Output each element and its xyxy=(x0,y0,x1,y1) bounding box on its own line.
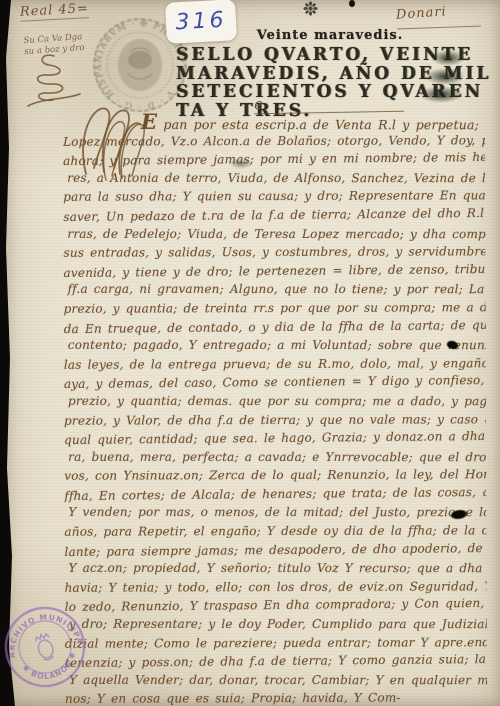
manuscript-line: contento; pagado, Y entregado; a mi Volu… xyxy=(64,336,486,355)
archive-stamp-emblem-icon xyxy=(34,632,55,661)
stamp-flourish: e xyxy=(254,93,404,115)
manuscript-line: ra, buena, mera, perfecta; a cavada; e Y… xyxy=(64,448,486,467)
manuscript-line: sus entradas, y salidas, Usos, y costumb… xyxy=(63,242,485,262)
ink-smudge xyxy=(419,86,463,103)
manuscript-line: lo zedo, Renunzio, Y traspaso En dha com… xyxy=(65,594,487,617)
manuscript-line: nos; Y en cosa que es suia; Propia; havi… xyxy=(65,689,487,706)
manuscript-line: prezio, y quantia; de treinta rr.s por q… xyxy=(64,298,486,318)
manuscript-line: saver, Un pedazo de t.ra de la f.a de ti… xyxy=(63,204,485,227)
corner-note: Real 45= xyxy=(20,1,90,22)
manuscript-scan: Real 45= Su Ca Va Dga su a boz y dro ✠ P… xyxy=(0,0,500,706)
manuscript-line: Y acz.on; propiedad, Y señorio; titulo V… xyxy=(65,559,487,578)
manuscript-line: aya, y demas, del caso, Como se contiene… xyxy=(64,371,486,394)
opening-flourish-icon xyxy=(74,100,154,180)
rosette-ornament-icon xyxy=(303,1,318,16)
sticker-number: 316 xyxy=(175,8,227,36)
manuscript-line: rras, de Pedelejo; Viuda, de Teresa Lope… xyxy=(63,224,485,243)
manuscript-body: E pan por esta escrip.a de Venta R.l y p… xyxy=(63,112,487,706)
manuscript-line: qual quier, cantidad; que sea. le hago, … xyxy=(64,427,486,450)
ink-smudge xyxy=(425,68,465,85)
ink-dot xyxy=(349,0,355,7)
ink-smudge xyxy=(229,158,253,169)
manuscript-line: tenenzia; y poss.on; de dha f.a de tierr… xyxy=(65,650,487,673)
manuscript-line: da En trueque, de contado, o y dia de la… xyxy=(64,316,486,339)
manuscript-line: prezio, y quantia; demas. que por su com… xyxy=(64,392,486,411)
manuscript-line: Y aquella Vender; dar, donar, trocar, Ca… xyxy=(65,671,487,690)
manuscript-line: y dro; Representare; y le doy Poder, Cum… xyxy=(65,615,487,634)
print-header: Veinte maravedis. xyxy=(250,28,410,43)
archive-sticker: 316 xyxy=(165,0,237,44)
manuscript-line: Y venden; por mas, o menos, de la mitad;… xyxy=(64,503,486,522)
manuscript-line: años, para Repetir, el engaño; Y desde o… xyxy=(64,521,486,541)
ink-smudge xyxy=(431,50,465,66)
manuscript-line: ff.a carga, ni gravamen; Alguno, que no … xyxy=(64,280,486,299)
